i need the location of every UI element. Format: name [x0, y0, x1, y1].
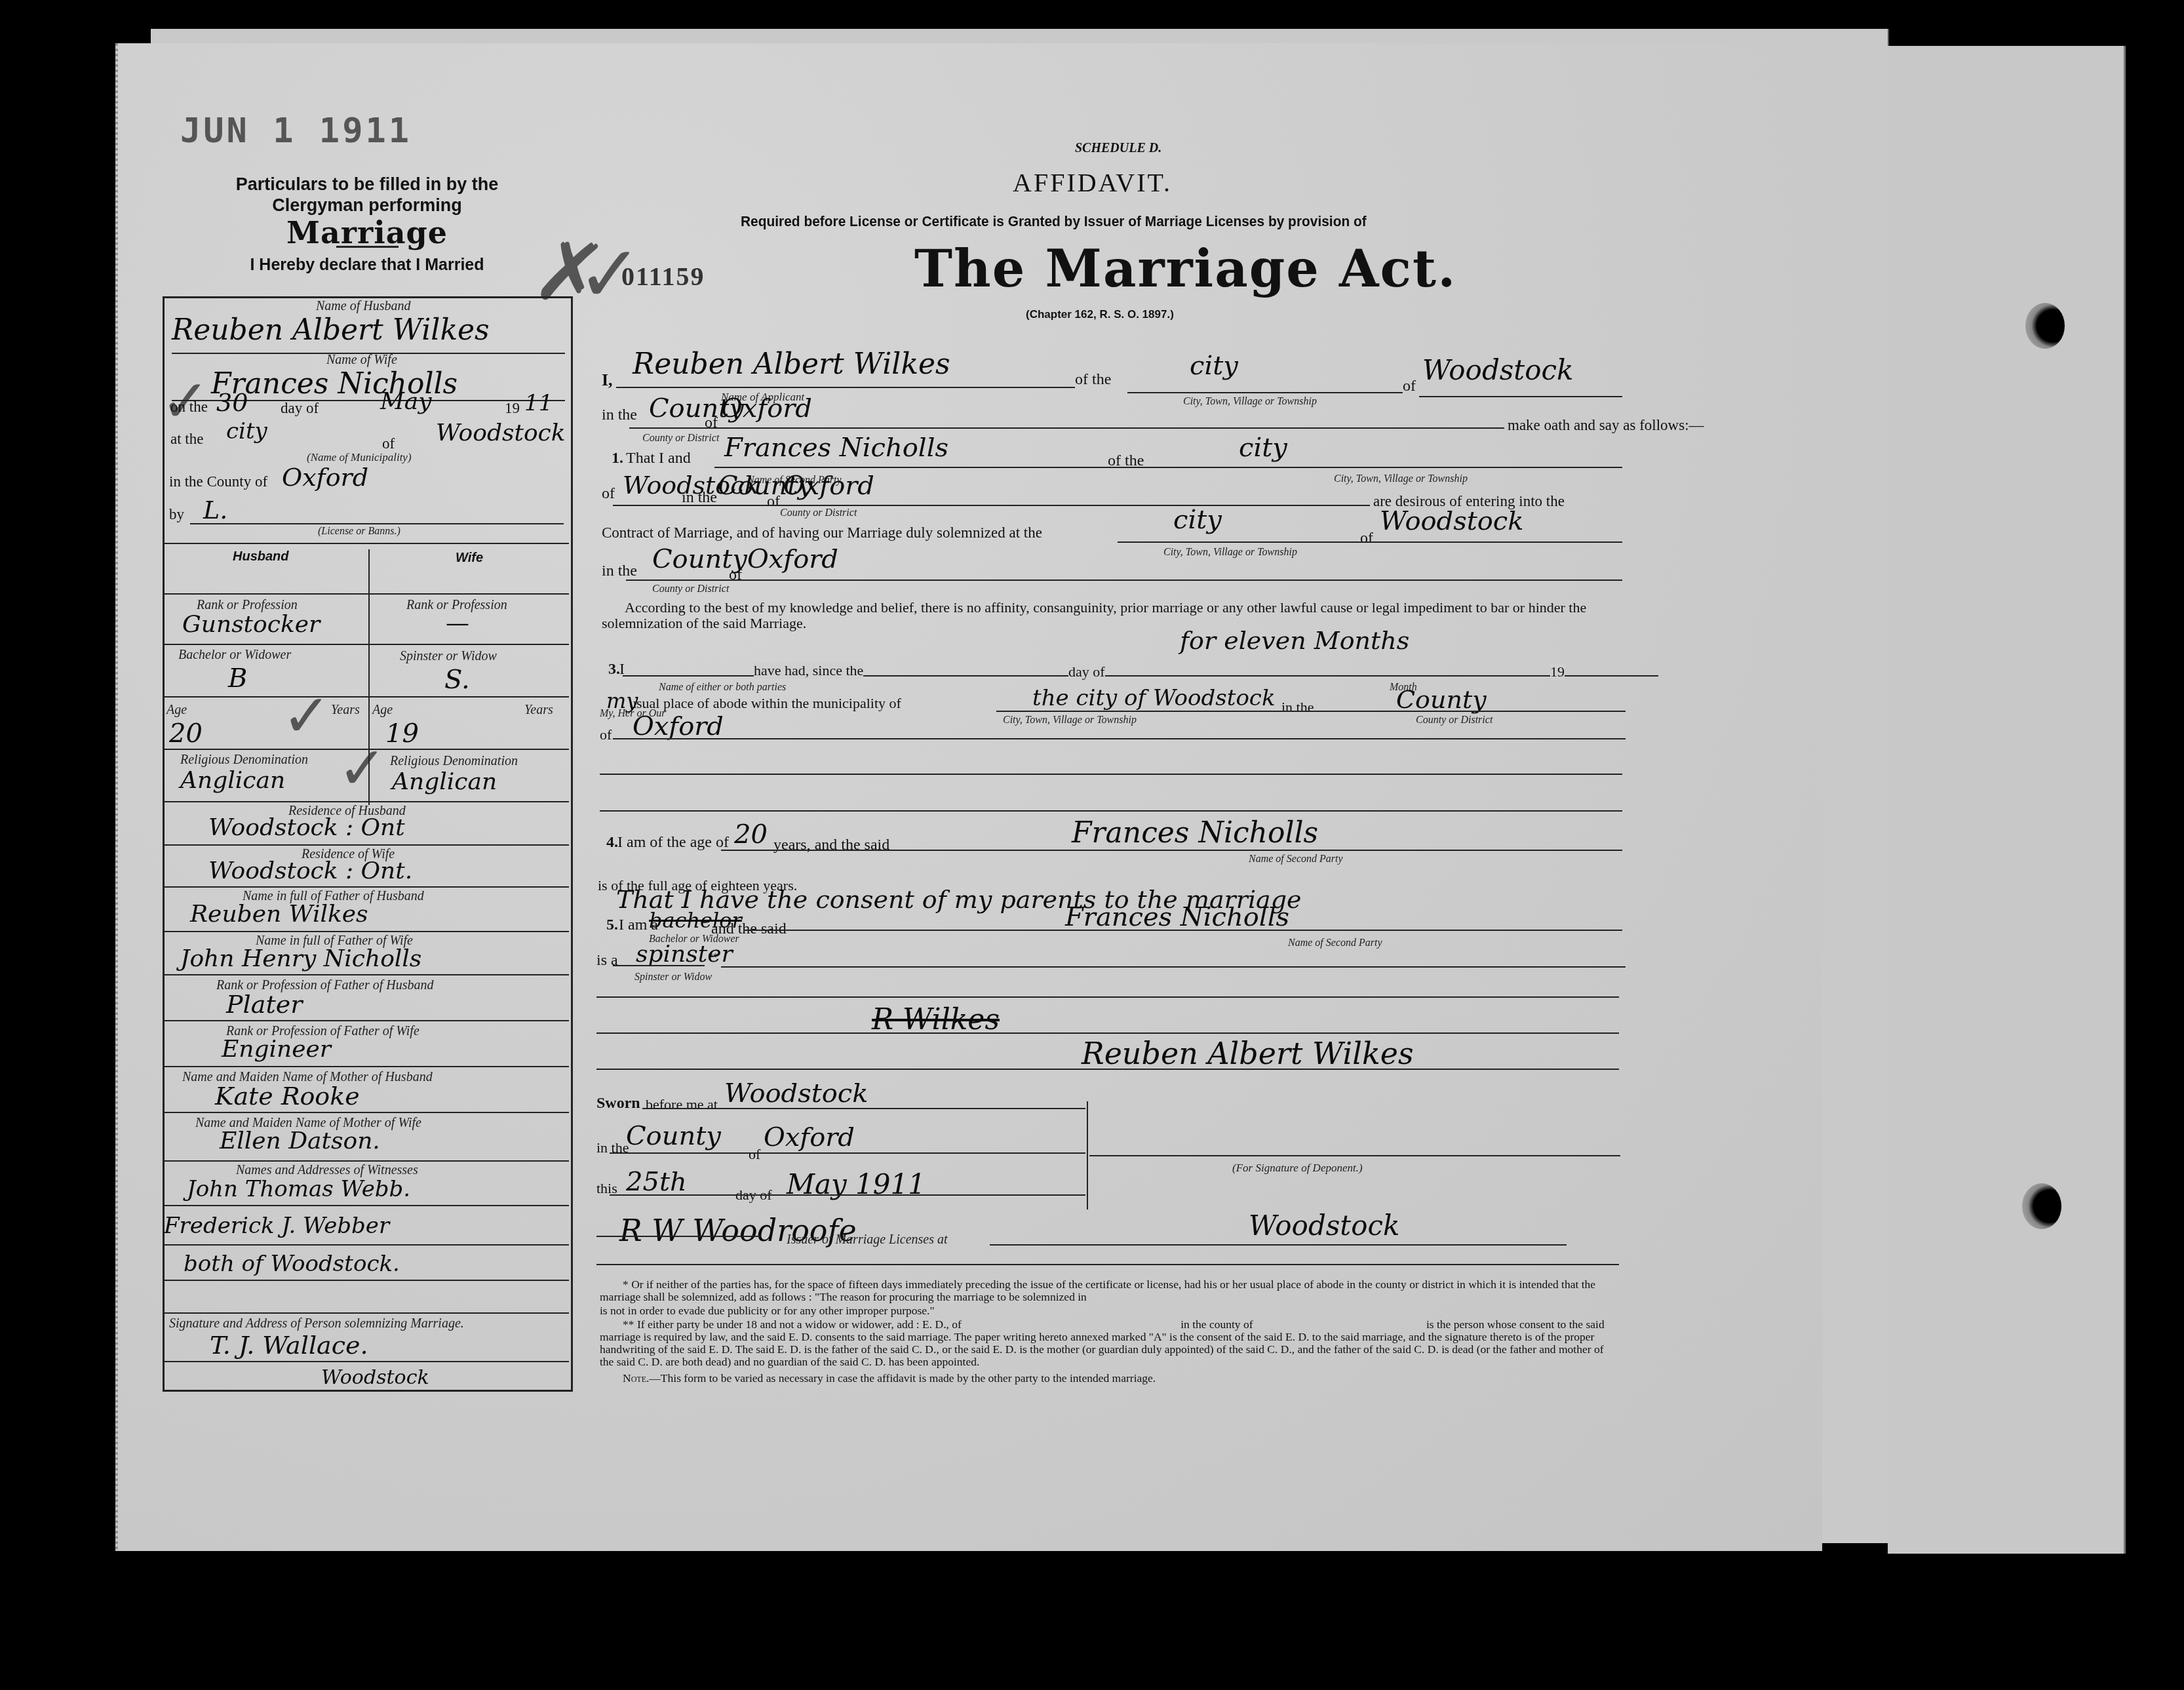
- applicant-municipality-type: city: [1190, 351, 1238, 381]
- label-wife-religion: Religious Denomination: [390, 754, 518, 769]
- wife-marital-status: S.: [444, 665, 470, 695]
- wife-rank: —: [446, 610, 469, 637]
- caption-county: County or District: [780, 507, 857, 519]
- father-husband-profession: Plater: [226, 990, 302, 1019]
- label-husband-age: Age: [166, 703, 187, 718]
- abode-county-type: County: [1396, 685, 1487, 714]
- husband-age: 20: [169, 718, 203, 749]
- note-text: —This form to be varied as necessary in …: [649, 1371, 1156, 1385]
- caption-second-party: Name of Second Party: [1288, 937, 1382, 949]
- husband-marital-status: B: [228, 663, 247, 694]
- caption-municipality: City, Town, Village or Township: [1003, 715, 1137, 726]
- oath-text: make oath and say as follows:—: [1508, 417, 1704, 434]
- abode-municipality: the city of Woodstock: [1032, 685, 1276, 711]
- heading-line-2: Clergyman performing: [164, 195, 570, 216]
- label-i: I,: [602, 370, 613, 390]
- sworn-county-type: County: [626, 1121, 721, 1151]
- applicant-age: 20: [734, 819, 768, 850]
- binder-hole-bottom: [2022, 1183, 2061, 1229]
- wife-religion: Anglican: [392, 768, 497, 795]
- label-day-of: day of: [281, 400, 319, 417]
- caption-county: County or District: [1416, 715, 1492, 726]
- father-wife-profession: Engineer: [222, 1036, 331, 1063]
- label-day-of: day of: [1068, 663, 1105, 680]
- label-husband-years: Years: [331, 703, 360, 718]
- label-issuer: Issuer of Marriage Licenses at: [787, 1232, 948, 1248]
- officiant-address: Woodstock: [321, 1366, 429, 1389]
- caption-municipality: City, Town, Village or Township: [1334, 473, 1468, 485]
- municipality: Woodstock: [436, 420, 566, 446]
- label-wife-years: Years: [524, 703, 553, 718]
- label-in-the: in the: [602, 406, 637, 424]
- footnote-double-star-a: ** If either party be under 18 and not a…: [623, 1318, 962, 1331]
- label-of: of: [602, 485, 615, 503]
- applicant-municipality: Woodstock: [1422, 354, 1573, 386]
- marriage-day: 30: [216, 388, 248, 417]
- label-wife-status: Spinster or Widow: [400, 649, 497, 664]
- marriage-county: Oxford: [282, 463, 368, 492]
- applicant-county: Oxford: [721, 393, 812, 423]
- caption-deponent-signature: (For Signature of Deponent.): [1232, 1162, 1363, 1175]
- caption-license-banns: (License or Banns.): [318, 526, 400, 538]
- caption-county: County or District: [652, 583, 729, 595]
- label-in-the: in the: [602, 562, 637, 580]
- paragraph-1-number: 1.: [612, 450, 623, 467]
- label-husband-status: Bachelor or Widower: [178, 648, 291, 663]
- solemnize-county: Oxford: [747, 544, 838, 574]
- marriage-heading: Marriage: [164, 222, 570, 243]
- second-party-name: Frances Nicholls: [724, 433, 948, 463]
- marriage-act-title: The Marriage Act.: [914, 239, 1456, 299]
- label-officiant: Signature and Address of Person solemniz…: [169, 1316, 464, 1331]
- deponent-signature-struck: R Wilkes: [872, 1003, 1000, 1036]
- label-of: of: [382, 435, 395, 452]
- label-19: 19: [505, 400, 520, 417]
- label-name-of-wife: Name of Wife: [326, 353, 397, 368]
- label-name-of-husband: Name of Husband: [316, 299, 410, 314]
- husband-rank: Gunstocker: [182, 611, 320, 638]
- declaration-text: I Hereby declare that I Married: [164, 254, 570, 275]
- marriage-month: May: [380, 388, 432, 415]
- clergy-panel-heading: Particulars to be filled in by the Clerg…: [164, 174, 570, 275]
- label-in-the: in the: [596, 1139, 629, 1156]
- paragraph-4-number: 4.: [606, 834, 618, 852]
- label-at-the: at the: [170, 431, 203, 448]
- check-mark-icon: ✓: [577, 229, 643, 321]
- caption-county: County or District: [642, 433, 719, 444]
- paragraph-3-number: 3.: [608, 661, 620, 678]
- age-text: I am of the age of: [617, 834, 729, 852]
- sworn-place: Woodstock: [724, 1078, 868, 1109]
- second-party-name-age: Frances Nicholls: [1072, 816, 1318, 850]
- footnote-double-star-b: in the county of: [1180, 1318, 1253, 1331]
- second-party-name-status: Frances Nicholls: [1065, 902, 1289, 932]
- caption-parties: Name of either or both parties: [659, 682, 786, 694]
- affidavit-title: AFFIDAVIT.: [1013, 167, 1172, 198]
- license-or-banns: L.: [203, 496, 227, 524]
- label-of-the: of the: [1075, 371, 1111, 389]
- label-husband-religion: Religious Denomination: [180, 753, 308, 768]
- label-19: 19: [1550, 663, 1565, 680]
- footnote-star: * Or if neither of the parties has, for …: [600, 1278, 1595, 1303]
- husband-column-header: Husband: [233, 549, 289, 564]
- label-have-had: have had, since the: [754, 662, 863, 679]
- husband-religion: Anglican: [180, 767, 285, 794]
- contract-text: Contract of Marriage, and of having our …: [602, 524, 1042, 541]
- solemnize-municipality: Woodstock: [1380, 506, 1524, 536]
- label-of: of: [705, 414, 718, 432]
- caption-spinster-widow: Spinster or Widow: [634, 972, 712, 983]
- caption-second-party: Name of Second Party: [1249, 854, 1343, 865]
- marriage-year: 11: [524, 390, 553, 416]
- officiant-signature: T. J. Wallace.: [210, 1331, 368, 1360]
- deponent-signature: Reuben Albert Wilkes: [1082, 1036, 1414, 1071]
- right-page-edge: [1888, 46, 2126, 1554]
- required-text: Required before License or Certificate i…: [741, 213, 1367, 230]
- wife-column-header: Wife: [456, 551, 483, 566]
- double-star-marker: **: [708, 952, 718, 964]
- label-is-a: is a: [596, 952, 618, 970]
- label-before-me-at: before me at: [646, 1096, 718, 1113]
- witness-address: both of Woodstock.: [184, 1251, 400, 1277]
- label-in-the: in the: [1281, 699, 1314, 716]
- label-of: of: [729, 566, 742, 584]
- caption-municipality: City, Town, Village or Township: [1163, 547, 1297, 559]
- residence-husband: Woodstock : Ont: [208, 814, 405, 841]
- note-label: Note.: [623, 1371, 649, 1385]
- label-of: of: [1360, 530, 1373, 547]
- mother-of-husband: Kate Rooke: [215, 1082, 360, 1110]
- label-that-i-and: That I and: [626, 450, 691, 467]
- label-sworn: Sworn: [596, 1095, 640, 1112]
- label-of: of: [767, 493, 780, 511]
- sworn-county: Oxford: [764, 1122, 855, 1152]
- label-county: in the County of: [169, 473, 267, 490]
- label-wife-age: Age: [372, 703, 393, 718]
- husband-name: Reuben Albert Wilkes: [172, 313, 490, 347]
- father-of-husband: Reuben Wilkes: [190, 901, 368, 928]
- sworn-day: 25th: [626, 1167, 687, 1197]
- age-text-b: years, and the said: [773, 836, 889, 854]
- label-by: by: [169, 506, 184, 523]
- schedule-label: SCHEDULE D.: [1075, 141, 1161, 156]
- residence-duration: for eleven Months: [1180, 626, 1409, 655]
- wife-age: 19: [385, 718, 419, 749]
- label-on-the: on the: [170, 399, 208, 416]
- paragraph-2-text: According to the best of my knowledge an…: [602, 600, 1624, 631]
- chapter-reference: (Chapter 162, R. S. O. 1897.): [1026, 308, 1174, 321]
- witness-1: John Thomas Webb.: [187, 1176, 410, 1202]
- residence-wife: Woodstock : Ont.: [208, 857, 412, 884]
- abode-county: Oxford: [633, 711, 724, 741]
- footnote-star-end: is not in order to evade due publicity o…: [600, 1304, 935, 1317]
- label-of: of: [1403, 378, 1416, 395]
- mother-of-wife: Ellen Datson.: [220, 1128, 380, 1154]
- witness-2: Frederick J. Webber: [164, 1213, 389, 1239]
- caption-municipality: (Name of Municipality): [307, 451, 412, 464]
- father-of-wife: John Henry Nicholls: [180, 945, 421, 972]
- heading-line-1: Particulars to be filled in by the: [164, 174, 570, 195]
- second-municipality-type: city: [1239, 433, 1287, 463]
- binder-hole-top: [2025, 303, 2065, 349]
- applicant-name: Reuben Albert Wilkes: [633, 347, 950, 381]
- label-of: of: [600, 726, 612, 743]
- issuer-place: Woodstock: [1249, 1209, 1399, 1242]
- received-date-stamp: JUN 1 1911: [180, 111, 412, 151]
- solemnize-municipality-type: city: [1173, 505, 1222, 535]
- municipality-type: city: [226, 418, 267, 444]
- second-county: Oxford: [783, 471, 874, 501]
- footnotes: * Or if neither of the parties has, for …: [600, 1278, 1619, 1386]
- label-in-the: in the: [682, 489, 717, 507]
- caption-municipality: City, Town, Village or Township: [1183, 396, 1317, 408]
- label-of: of: [749, 1146, 760, 1163]
- abode-text: usual place of abode within the municipa…: [629, 695, 901, 712]
- paragraph-5-number: 5.: [606, 916, 618, 934]
